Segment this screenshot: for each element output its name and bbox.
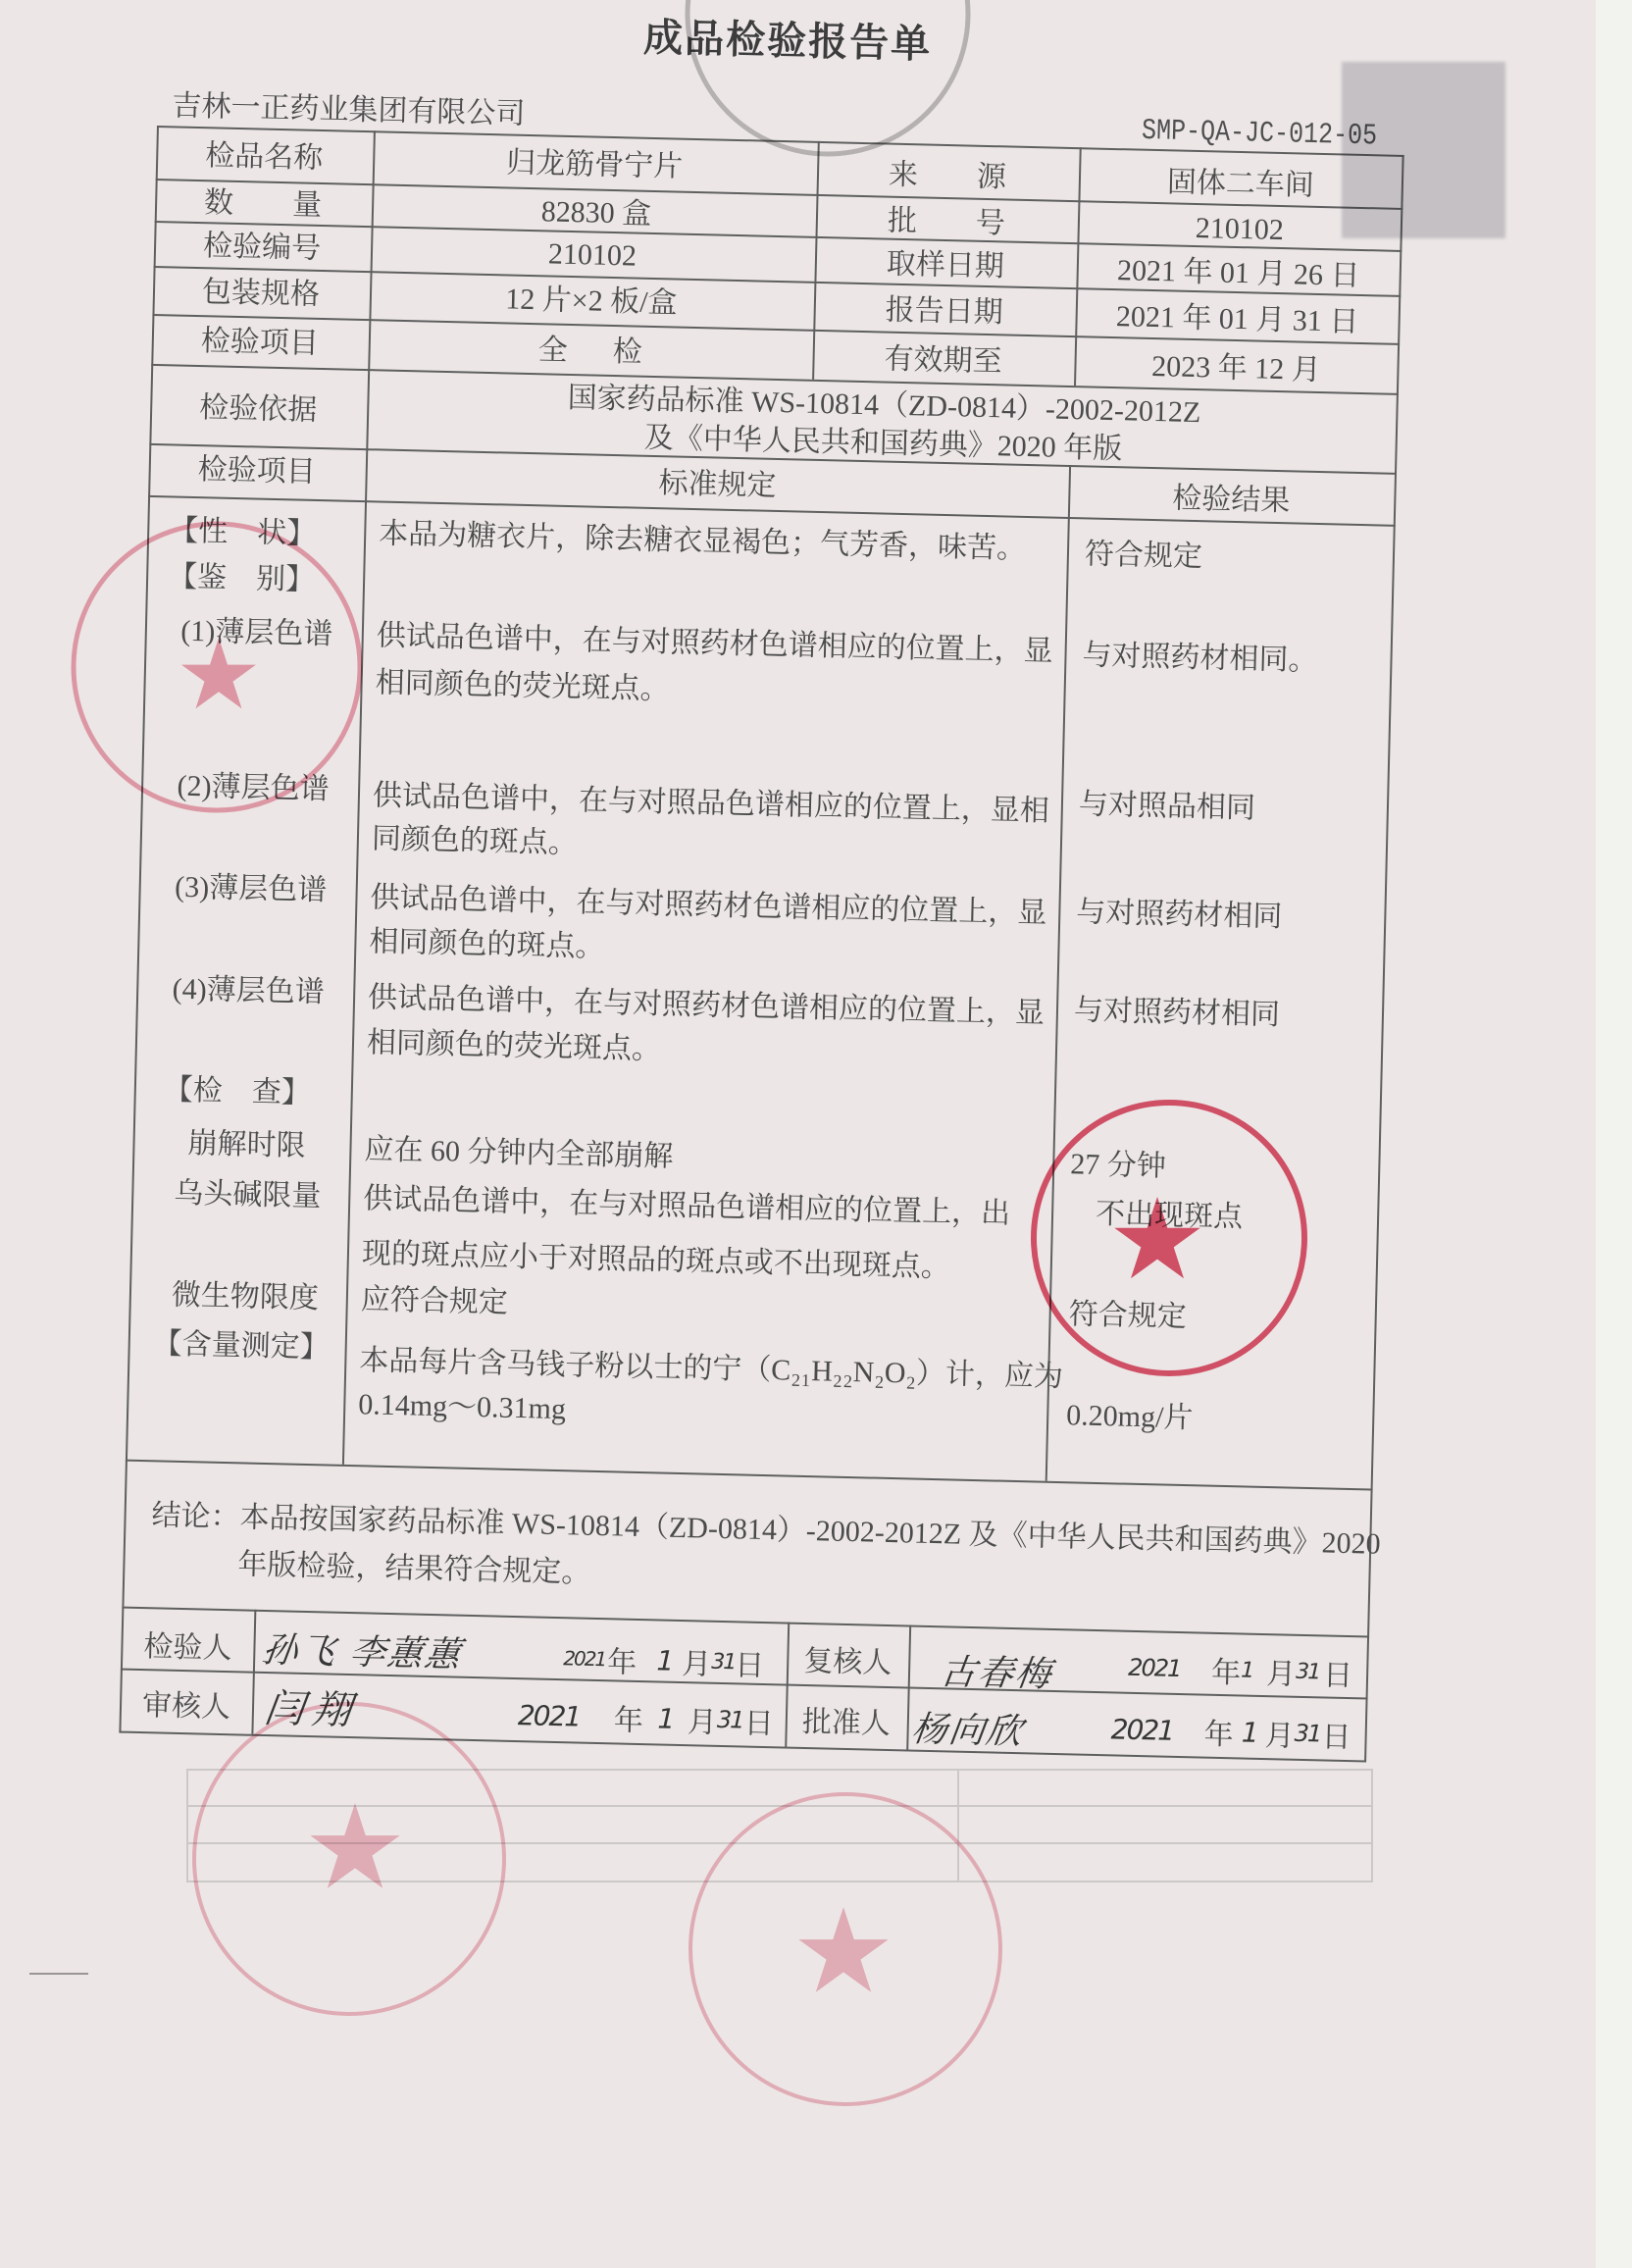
handwritten-day: 31 <box>1296 1659 1324 1684</box>
test-result: 与对照药材相同 <box>1074 993 1281 1033</box>
test-standard-line: 0.14mg～0.31mg <box>358 1387 566 1427</box>
inspection-report-form: 成品检验报告单 吉林一正药业集团有限公司 SMP-QA-JC-012-05 <box>119 126 1402 1763</box>
day-unit: 日 <box>743 1699 774 1743</box>
test-standard-line: 相同颜色的荧光斑点。 <box>375 665 670 707</box>
auditor-label: 审核人 <box>142 1688 231 1726</box>
sampling-date-value: 2021 年 01 月 26 日 <box>1117 253 1360 294</box>
month-unit: 月 <box>682 1639 712 1683</box>
year-unit: 年 <box>613 1695 643 1739</box>
test-result: 符合规定 <box>1068 1297 1187 1335</box>
handwritten-month: 1 <box>643 1702 688 1735</box>
test-standard-line: 供试品色谱中，在与对照品色谱相应的位置上，出 <box>363 1181 1011 1232</box>
column-header-test-item: 检验项目 <box>197 452 316 490</box>
test-result: 27 分钟 <box>1070 1147 1166 1184</box>
test-standard-line: 同颜色的斑点。 <box>372 821 579 861</box>
handwritten-year: 2021 <box>518 1699 615 1733</box>
handwritten-year: 2021 <box>1128 1654 1212 1683</box>
section-heading-identification: 【鉴 别】 <box>168 559 316 598</box>
expiry-date-value: 2023 年 12 月 <box>1151 349 1321 388</box>
test-standard-line: 现的斑点应小于对照品的斑点或不出现斑点。 <box>362 1236 951 1285</box>
test-standard-line: 供试品色谱中，在与对照药材色谱相应的位置上，显 <box>370 880 1047 931</box>
test-standard-line: 相同颜色的斑点。 <box>369 924 605 965</box>
report-title: 成品检验报告单 <box>643 16 933 68</box>
test-standard-line: 本品为糖衣片，除去糖衣显褐色；气芳香，味苦。 <box>379 516 1027 567</box>
month-unit: 月 <box>1266 1649 1297 1693</box>
reviewer-signature: 古春梅 <box>938 1653 1054 1695</box>
day-unit: 日 <box>1323 1650 1353 1694</box>
sampling-date-label: 取样日期 <box>886 247 1004 285</box>
scanned-report-page: 成品检验报告单 吉林一正药业集团有限公司 SMP-QA-JC-012-05 <box>0 0 1632 2268</box>
month-unit: 月 <box>687 1697 717 1741</box>
test-standard-line: 本品每片含马钱子粉以士的宁（C₂₁H₂₂N₂O₂）计，应为 <box>359 1343 1063 1395</box>
expiry-date-label: 有效期至 <box>884 342 1002 381</box>
batch-number-label: 批号 <box>887 204 1005 242</box>
column-header-standard: 标准规定 <box>658 466 777 504</box>
company-name: 吉林一正药业集团有限公司 <box>172 88 526 131</box>
reviewer-sign-date: 2021 年 1 月 31 日 <box>1128 1648 1353 1692</box>
test-result: 与对照药材相同。 <box>1082 638 1318 679</box>
report-date-value: 2021 年 01 月 31 日 <box>1116 299 1359 340</box>
inspection-number-value: 210102 <box>548 236 637 274</box>
month-unit: 月 <box>1264 1711 1295 1755</box>
report-date-label: 报告日期 <box>885 293 1003 332</box>
test-result: 0.20mg/片 <box>1066 1398 1194 1436</box>
test-item-label: (3)薄层色谱 <box>175 870 328 909</box>
inspector-sign-date: 2021 年 1 月 31 日 <box>563 1638 765 1682</box>
handwritten-day: 31 <box>1294 1720 1322 1748</box>
inspector-label: 检验人 <box>143 1629 232 1667</box>
conclusion-line: 年版检验，结果符合规定。 <box>237 1547 591 1590</box>
test-item-label: (2)薄层色谱 <box>177 769 330 808</box>
test-result: 不出现斑点 <box>1096 1197 1244 1236</box>
test-standard-line: 相同颜色的荧光斑点。 <box>367 1025 662 1067</box>
test-result: 与对照品相同 <box>1079 787 1256 826</box>
year-unit: 年 <box>1203 1710 1234 1754</box>
inspection-basis-line: 及《中华人民共和国药典》2020 年版 <box>643 421 1122 467</box>
test-standard-line: 供试品色谱中，在与对照药材色谱相应的位置上，显 <box>376 618 1053 669</box>
source-label: 来源 <box>889 158 1007 196</box>
auditor-sign-date: 2021 年 1 月 31 日 <box>517 1695 774 1740</box>
approver-label: 批准人 <box>801 1705 891 1742</box>
handwritten-year: 2021 <box>1110 1713 1204 1747</box>
handwritten-day: 31 <box>717 1706 745 1734</box>
test-item-label: 【含量测定】 <box>152 1326 330 1366</box>
handwritten-day: 31 <box>711 1649 736 1675</box>
year-unit: 年 <box>607 1637 637 1681</box>
quantity-label: 数量 <box>204 185 323 224</box>
test-item-label: (4)薄层色谱 <box>172 972 325 1011</box>
inspection-number-label: 检验编号 <box>203 229 322 267</box>
inspection-scope-label: 检验项目 <box>200 324 319 362</box>
test-result: 与对照药材相同 <box>1076 895 1283 935</box>
packaging-spec-label: 包装规格 <box>202 275 321 313</box>
test-standard-line: 供试品色谱中，在与对照品色谱相应的位置上，显相 <box>373 778 1050 829</box>
inspector-signature: 孙飞 李蕙蕙 <box>260 1631 465 1675</box>
day-unit: 日 <box>1321 1712 1351 1756</box>
red-seal-faded-icon <box>690 1794 1000 2104</box>
handwritten-year: 2021 <box>563 1646 608 1671</box>
product-name-value: 归龙筋骨宁片 <box>506 145 684 184</box>
test-standard-line: 应在 60 分钟内全部崩解 <box>364 1132 674 1174</box>
source-value: 固体二车间 <box>1166 165 1314 204</box>
test-item-label: 微生物限度 <box>171 1278 319 1317</box>
test-item-label: 乌头碱限量 <box>174 1176 322 1215</box>
test-result: 符合规定 <box>1085 537 1203 575</box>
scan-paper-edge <box>1596 0 1632 2268</box>
quantity-value: 82830 盒 <box>540 194 651 232</box>
test-item-label: (1)薄层色谱 <box>180 614 333 653</box>
approver-sign-date: 2021 年 1 月 31 日 <box>1110 1709 1351 1754</box>
batch-number-value: 210102 <box>1195 211 1284 248</box>
test-standard-line: 应符合规定 <box>360 1282 508 1321</box>
section-heading-checks: 【检 查】 <box>163 1072 311 1111</box>
handwritten-month: 1 <box>1233 1716 1265 1749</box>
packaging-spec-value: 12 片×2 板/盒 <box>505 282 678 321</box>
auditor-signature: 闫翔 <box>262 1689 361 1730</box>
column-header-result: 检验结果 <box>1172 482 1291 520</box>
day-unit: 日 <box>735 1640 765 1684</box>
scan-smudge <box>1342 62 1505 238</box>
inspection-basis-label: 检验依据 <box>199 390 318 429</box>
reviewer-label: 复核人 <box>803 1644 892 1681</box>
test-standard-line: 供试品色谱中，在与对照药材色谱相应的位置上，显 <box>368 980 1045 1031</box>
handwritten-month: 1 <box>1241 1658 1267 1683</box>
inspection-scope-value: 全检 <box>537 333 642 370</box>
test-item-label: 崩解时限 <box>187 1126 306 1164</box>
handwritten-month: 1 <box>637 1643 683 1676</box>
test-item-label: 【性 状】 <box>169 513 317 552</box>
red-seal-faded-icon <box>194 1704 504 2014</box>
year-unit: 年 <box>1211 1648 1242 1692</box>
approver-signature: 杨向欣 <box>909 1711 1026 1753</box>
product-name-label: 检品名称 <box>205 138 324 177</box>
